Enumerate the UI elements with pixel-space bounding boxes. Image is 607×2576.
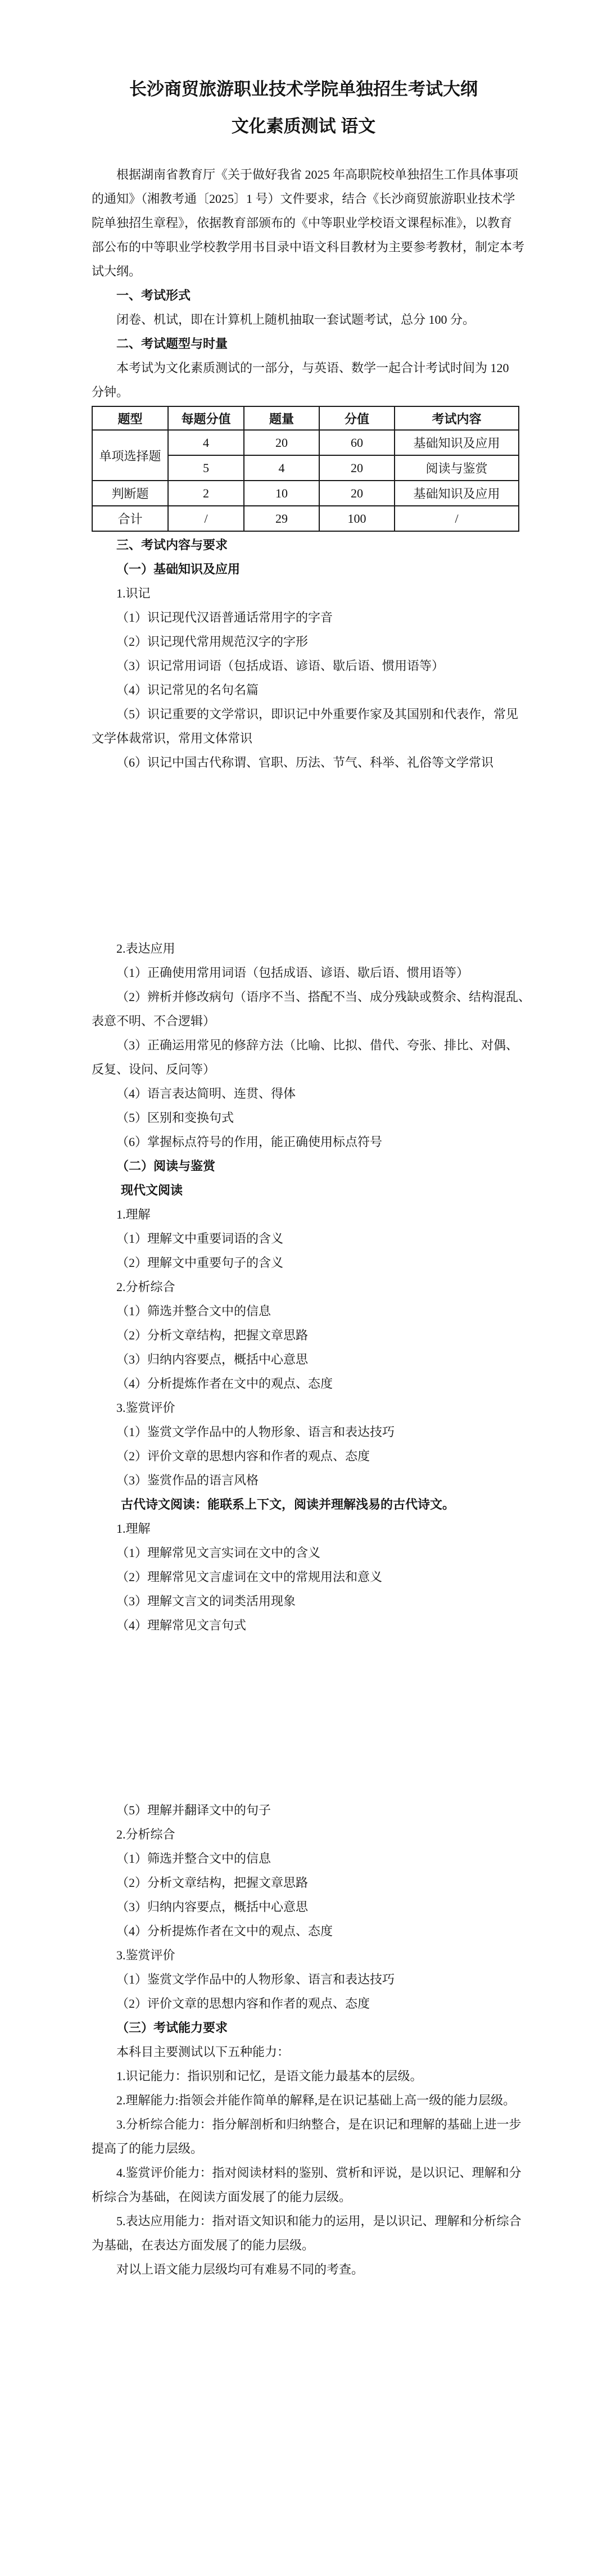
table-cell: 4 xyxy=(244,455,319,481)
list-item-continuation: 为基础，在表达方面发展了的能力层级。 xyxy=(92,2233,540,2257)
list-item: （1）筛选并整合文中的信息 xyxy=(92,1846,540,1871)
subsection-label: 2.分析综合 xyxy=(92,1275,540,1299)
subsection-label: 2.分析综合 xyxy=(92,1822,540,1846)
exam-structure-line: 本考试为文化素质测试的一部分，与英语、数学一起合计考试时间为 120 xyxy=(92,356,540,380)
table-cell: 20 xyxy=(319,481,395,506)
list-item: （2）评价文章的思想内容和作者的观点、态度 xyxy=(92,1444,540,1468)
subsection-label: 1.理解 xyxy=(92,1202,540,1226)
table-header-cell: 分值 xyxy=(319,406,395,430)
table-cell: 100 xyxy=(319,506,395,531)
list-item: （2）辨析并修改病句（语序不当、搭配不当、成分残缺或赘余、结构混乱、 xyxy=(92,985,540,1009)
exam-form-body: 闭卷、机试，即在计算机上随机抽取一套试题考试，总分 100 分。 xyxy=(92,307,540,332)
list-item: （3）正确运用常见的修辞方法（比喻、比拟、借代、夸张、排比、对偶、 xyxy=(92,1033,540,1057)
list-item: （1）理解常见文言实词在文中的含义 xyxy=(92,1541,540,1565)
table-header-cell: 考试内容 xyxy=(395,406,519,430)
table-row: 判断题 2 10 20 基础知识及应用 xyxy=(92,481,519,506)
list-item: （4）语言表达简明、连贯、得体 xyxy=(92,1081,540,1106)
list-item: （5）理解并翻译文中的句子 xyxy=(92,1798,540,1822)
document-body: 根据湖南省教育厅《关于做好我省 2025 年高职院校单独招生工作具体事项 的通知… xyxy=(0,141,607,2281)
intro-line: 院单独招生章程》，依据教育部颁布的《中等职业学校语文课程标准》，以教育 xyxy=(92,211,540,235)
intro-line: 的通知》（湘教考通〔2025〕1 号）文件要求，结合《长沙商贸旅游职业技术学 xyxy=(92,187,540,211)
table-cell: 60 xyxy=(319,430,395,455)
section-heading-exam-structure: 二、考试题型与时量 xyxy=(92,332,540,356)
exam-structure-line: 分钟。 xyxy=(92,380,540,404)
table-header-cell: 题型 xyxy=(92,406,168,430)
list-item: 3.分析综合能力：指分解剖析和归纳整合，是在识记和理解的基础上进一步 xyxy=(92,2112,540,2136)
subsection-label: 3.鉴赏评价 xyxy=(92,1943,540,1967)
table-header-row: 题型 每题分值 题量 分值 考试内容 xyxy=(92,406,519,430)
list-item: （3）识记常用词语（包括成语、谚语、歇后语、惯用语等） xyxy=(92,654,540,678)
part3-intro: 本科目主要测试以下五种能力： xyxy=(92,2040,540,2064)
part3-heading: （三）考试能力要求 xyxy=(92,2016,540,2040)
table-header-cell: 题量 xyxy=(244,406,319,430)
list-item: （5）识记重要的文学常识，即识记中外重要作家及其国别和代表作，常见 xyxy=(92,702,540,726)
list-item-continuation: 反复、设问、反问等） xyxy=(92,1057,540,1081)
table-cell: 2 xyxy=(168,481,244,506)
intro-line: 根据湖南省教育厅《关于做好我省 2025 年高职院校单独招生工作具体事项 xyxy=(92,162,540,187)
table-cell: 基础知识及应用 xyxy=(395,481,519,506)
list-item: 4.鉴赏评价能力：指对阅读材料的鉴别、赏析和评说，是以识记、理解和分 xyxy=(92,2161,540,2185)
part2-heading: （二）阅读与鉴赏 xyxy=(92,1154,540,1178)
table-cell: 基础知识及应用 xyxy=(395,430,519,455)
table-header-cell: 每题分值 xyxy=(168,406,244,430)
table-cell: 4 xyxy=(168,430,244,455)
list-item: 2.理解能力:指领会并能作简单的解释,是在识记基础上高一级的能力层级。 xyxy=(92,2088,540,2112)
modern-reading-heading: 现代文阅读 xyxy=(92,1178,540,1202)
subsection-label: 2.表达应用 xyxy=(92,936,540,961)
table-cell: 阅读与鉴赏 xyxy=(395,455,519,481)
list-item: （1）识记现代汉语普通话常用字的字音 xyxy=(92,605,540,630)
part1-heading: （一）基础知识及应用 xyxy=(92,557,540,581)
ancient-reading-heading: 古代诗文阅读：能联系上下文，阅读并理解浅易的古代诗文。 xyxy=(92,1492,540,1516)
table-cell: 5 xyxy=(168,455,244,481)
list-item: （2）分析文章结构，把握文章思路 xyxy=(92,1323,540,1347)
table-cell: 20 xyxy=(244,430,319,455)
list-item: （4）识记常见的名句名篇 xyxy=(92,678,540,702)
table-cell-type: 判断题 xyxy=(92,481,168,506)
list-item: （2）评价文章的思想内容和作者的观点、态度 xyxy=(92,1991,540,2016)
doc-title-line2: 文化素质测试 语文 xyxy=(0,112,607,141)
subsection-label: 1.识记 xyxy=(92,581,540,605)
list-item-continuation: 表意不明、不合逻辑） xyxy=(92,1009,540,1033)
subsection-label: 3.鉴赏评价 xyxy=(92,1396,540,1420)
intro-line: 试大纲。 xyxy=(92,259,540,283)
list-item: （4）理解常见文言句式 xyxy=(92,1613,540,1637)
part3-outro: 对以上语文能力层级均可有难易不同的考查。 xyxy=(92,2257,540,2281)
list-item: 1.识记能力：指识别和记忆，是语文能力最基本的层级。 xyxy=(92,2064,540,2088)
table-cell: / xyxy=(395,506,519,531)
section-heading-content-req: 三、考试内容与要求 xyxy=(92,533,540,557)
intro-line: 部公布的中等职业学校教学用书目录中语文科目教材为主要参考教材，制定本考 xyxy=(92,235,540,259)
table-row: 合计 / 29 100 / xyxy=(92,506,519,531)
list-item: （6）掌握标点符号的作用，能正确使用标点符号 xyxy=(92,1130,540,1154)
list-item-continuation: 析综合为基础，在阅读方面发展了的能力层级。 xyxy=(92,2185,540,2209)
list-item: （3）理解文言文的词类活用现象 xyxy=(92,1589,540,1613)
list-item: （4）分析提炼作者在文中的观点、态度 xyxy=(92,1919,540,1943)
list-item: （6）识记中国古代称谓、官职、历法、节气、科举、礼俗等文学常识 xyxy=(92,750,540,775)
subsection-label: 1.理解 xyxy=(92,1516,540,1541)
document-page: 长沙商贸旅游职业技术学院单独招生考试大纲 文化素质测试 语文 根据湖南省教育厅《… xyxy=(0,0,607,2576)
list-item: （1）鉴赏文学作品中的人物形象、语言和表达技巧 xyxy=(92,1967,540,1991)
doc-title-line1: 长沙商贸旅游职业技术学院单独招生考试大纲 xyxy=(0,0,607,104)
list-item: （2）分析文章结构，把握文章思路 xyxy=(92,1871,540,1895)
list-item-continuation: 提高了的能力层级。 xyxy=(92,2136,540,2161)
list-item: （1）筛选并整合文中的信息 xyxy=(92,1299,540,1323)
section-heading-exam-form: 一、考试形式 xyxy=(92,283,540,307)
list-item: （1）正确使用常用词语（包括成语、谚语、歇后语、惯用语等） xyxy=(92,961,540,985)
table-cell-type: 单项选择题 xyxy=(92,430,168,481)
table-cell: 20 xyxy=(319,455,395,481)
list-item: （1）理解文中重要词语的含义 xyxy=(92,1226,540,1251)
table-row: 单项选择题 4 20 60 基础知识及应用 xyxy=(92,430,519,455)
list-item: （2）理解常见文言虚词在文中的常规用法和意义 xyxy=(92,1565,540,1589)
table-cell: 29 xyxy=(244,506,319,531)
table-cell: 10 xyxy=(244,481,319,506)
list-item-continuation: 文学体裁常识，常用文体常识 xyxy=(92,726,540,750)
table-cell-type: 合计 xyxy=(92,506,168,531)
list-item: （3）归纳内容要点，概括中心意思 xyxy=(92,1347,540,1371)
list-item: （3）鉴赏作品的语言风格 xyxy=(92,1468,540,1492)
list-item: （4）分析提炼作者在文中的观点、态度 xyxy=(92,1371,540,1396)
list-item: （3）归纳内容要点，概括中心意思 xyxy=(92,1895,540,1919)
exam-table: 题型 每题分值 题量 分值 考试内容 单项选择题 4 20 60 基础知识及应用… xyxy=(92,406,519,532)
list-item: （1）鉴赏文学作品中的人物形象、语言和表达技巧 xyxy=(92,1420,540,1444)
list-item: 5.表达应用能力：指对语文知识和能力的运用，是以识记、理解和分析综合 xyxy=(92,2209,540,2233)
list-item: （2）识记现代常用规范汉字的字形 xyxy=(92,630,540,654)
table-cell: / xyxy=(168,506,244,531)
list-item: （5）区别和变换句式 xyxy=(92,1106,540,1130)
list-item: （2）理解文中重要句子的含义 xyxy=(92,1251,540,1275)
